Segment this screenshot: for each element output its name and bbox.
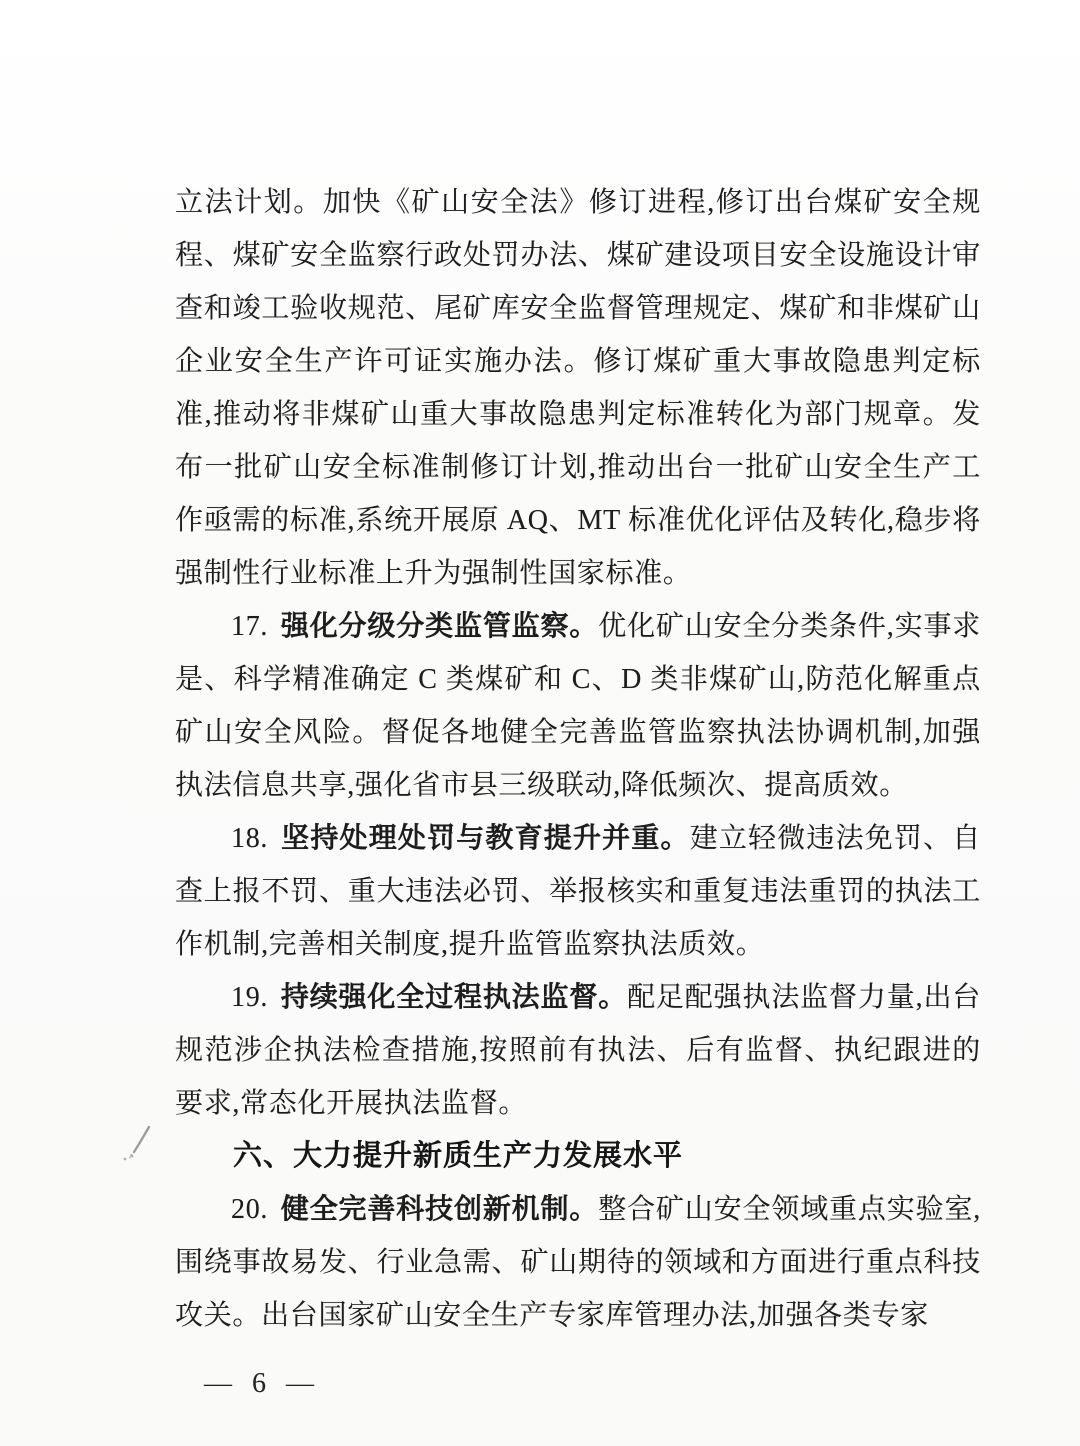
document-body: 立法计划。加快《矿山安全法》修订进程,修订出台煤矿安全规程、煤矿安全监察行政处罚… [175,176,981,1342]
item-number: 17. [231,611,268,642]
footer-dash-left: — [204,1370,232,1397]
item-lead-sentence: 健全完善科技创新机制。 [281,1194,599,1225]
scanned-document-page: 立法计划。加快《矿山安全法》修订进程,修订出台煤矿安全规程、煤矿安全监察行政处罚… [0,0,1080,1446]
item-lead-sentence: 持续强化全过程执法监督。 [281,982,627,1013]
item-number: 20. [231,1194,268,1225]
numbered-item-19: 19.持续强化全过程执法监督。配足配强执法监督力量,出台规范涉企执法检查措施,按… [175,971,981,1130]
numbered-item-18: 18.坚持处理处罚与教育提升并重。建立轻微违法免罚、自查上报不罚、重大违法必罚、… [175,812,981,971]
item-lead-sentence: 坚持处理处罚与教育提升并重。 [281,823,690,854]
item-lead-sentence: 强化分级分类监管监察。 [281,611,599,642]
pen-stroke-icon [118,1122,158,1164]
numbered-item-20: 20.健全完善科技创新机制。整合矿山安全领域重点实验室,围绕事故易发、行业急需、… [175,1183,981,1342]
paragraph-continuation: 立法计划。加快《矿山安全法》修订进程,修订出台煤矿安全规程、煤矿安全监察行政处罚… [175,176,981,600]
page-footer: — 6 — [204,1368,314,1400]
handwritten-pen-mark [118,1122,158,1164]
numbered-item-17: 17.强化分级分类监管监察。优化矿山安全分类条件,实事求是、科学精准确定 C 类… [175,600,981,812]
footer-dash-right: — [286,1370,314,1397]
section-heading: 六、大力提升新质生产力发展水平 [175,1130,981,1183]
item-number: 19. [231,982,268,1013]
page-number: 6 [252,1368,266,1400]
item-number: 18. [231,823,268,854]
